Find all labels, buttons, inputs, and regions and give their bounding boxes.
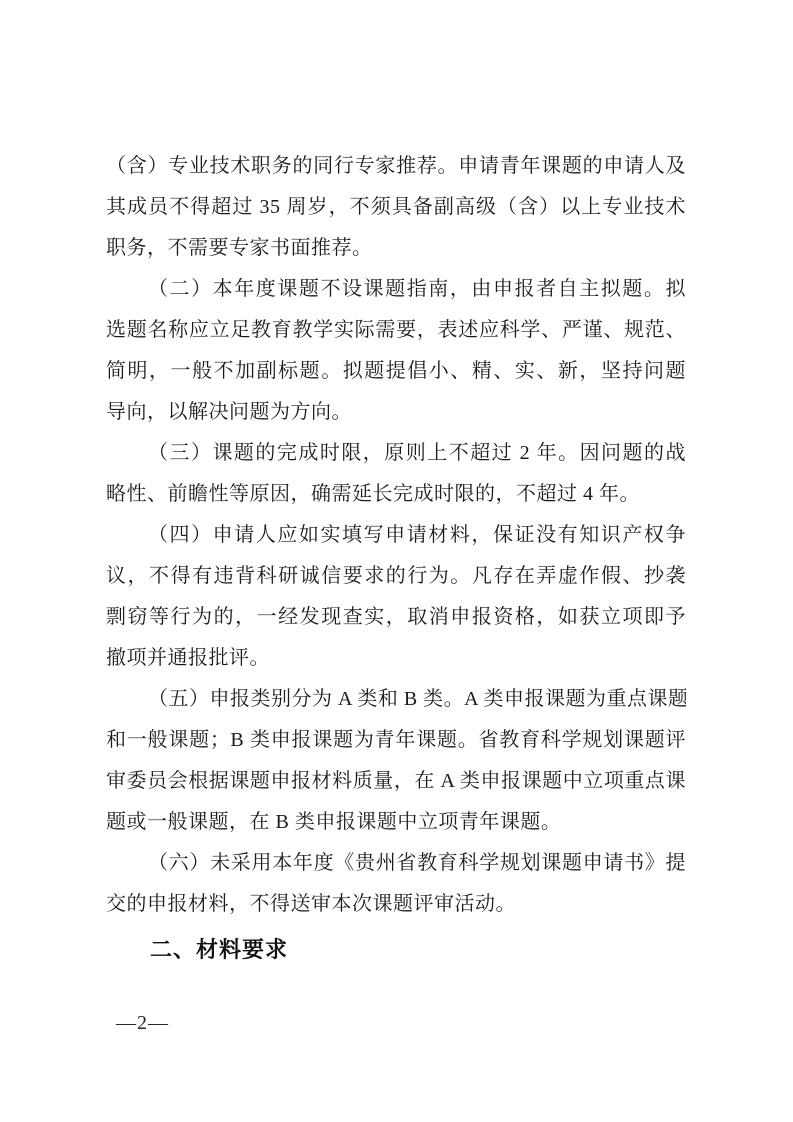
- text-line: 职务，不需要专家书面推荐。: [106, 228, 686, 269]
- paragraph: （五）申报类别分为 A 类和 B 类。A 类申报课题为重点课题和一般课题；B 类…: [106, 679, 686, 843]
- text-line: （五）申报类别分为 A 类和 B 类。A 类申报课题为重点课题: [106, 679, 686, 720]
- text-line: 剽窃等行为的，一经发现查实，取消申报资格，如获立项即予: [106, 597, 686, 638]
- section-heading: 二、材料要求: [106, 929, 686, 970]
- text-line: 和一般课题；B 类申报课题为青年课题。省教育科学规划课题评: [106, 720, 686, 761]
- text-line: 议，不得有违背科研诚信要求的行为。凡存在弄虚作假、抄袭: [106, 556, 686, 597]
- text-line: （含）专业技术职务的同行专家推荐。申请青年课题的申请人及: [106, 146, 686, 187]
- text-line: 选题名称应立足教育教学实际需要，表述应科学、严谨、规范、: [106, 310, 686, 351]
- paragraph: （二）本年度课题不设课题指南，由申报者自主拟题。拟选题名称应立足教育教学实际需要…: [106, 269, 686, 433]
- document-page: （含）专业技术职务的同行专家推荐。申请青年课题的申请人及其成员不得超过 35 周…: [0, 0, 793, 1122]
- text-line: 交的申报材料，不得送审本次课题评审活动。: [106, 884, 686, 925]
- text-line: 略性、前瞻性等原因，确需延长完成时限的，不超过 4 年。: [106, 474, 686, 515]
- text-line: 简明，一般不加副标题。拟题提倡小、精、实、新，坚持问题: [106, 351, 686, 392]
- document-body: （含）专业技术职务的同行专家推荐。申请青年课题的申请人及其成员不得超过 35 周…: [106, 146, 686, 970]
- text-line: （二）本年度课题不设课题指南，由申报者自主拟题。拟: [106, 269, 686, 310]
- text-line: （三）课题的完成时限，原则上不超过 2 年。因问题的战: [106, 433, 686, 474]
- text-line: 导向，以解决问题为方向。: [106, 392, 686, 433]
- paragraph: （含）专业技术职务的同行专家推荐。申请青年课题的申请人及其成员不得超过 35 周…: [106, 146, 686, 269]
- paragraph: （四）申请人应如实填写申请材料，保证没有知识产权争议，不得有违背科研诚信要求的行…: [106, 515, 686, 679]
- paragraph: （三）课题的完成时限，原则上不超过 2 年。因问题的战略性、前瞻性等原因，确需延…: [106, 433, 686, 515]
- text-line: 其成员不得超过 35 周岁，不须具备副高级（含）以上专业技术: [106, 187, 686, 228]
- paragraph: （六）未采用本年度《贵州省教育科学规划课题申请书》提交的申报材料，不得送审本次课…: [106, 843, 686, 925]
- page-number: —2—: [116, 1012, 169, 1035]
- text-line: （六）未采用本年度《贵州省教育科学规划课题申请书》提: [106, 843, 686, 884]
- paragraph-list: （含）专业技术职务的同行专家推荐。申请青年课题的申请人及其成员不得超过 35 周…: [106, 146, 686, 925]
- text-line: 审委员会根据课题申报材料质量，在 A 类申报课题中立项重点课: [106, 761, 686, 802]
- text-line: 题或一般课题，在 B 类申报课题中立项青年课题。: [106, 802, 686, 843]
- text-line: 撤项并通报批评。: [106, 638, 686, 679]
- text-line: （四）申请人应如实填写申请材料，保证没有知识产权争: [106, 515, 686, 556]
